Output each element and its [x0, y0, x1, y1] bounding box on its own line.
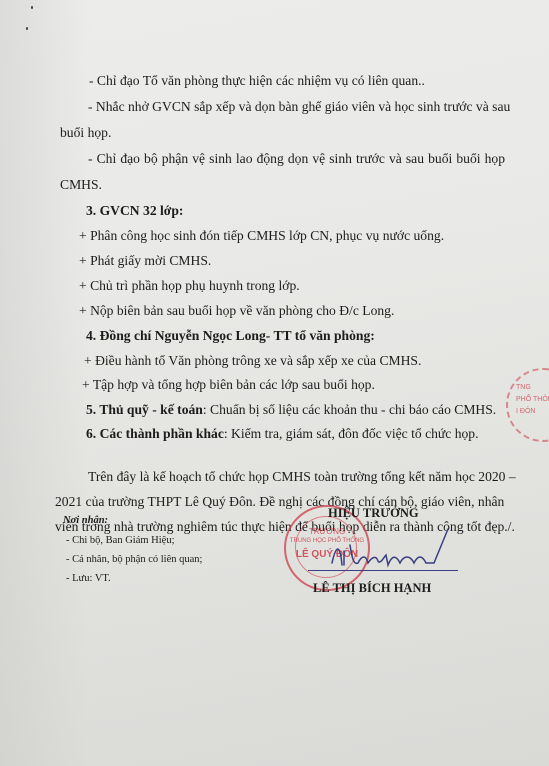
document-page: - Chỉ đạo Tổ văn phòng thực hiện các nhi… — [0, 0, 549, 766]
signature — [322, 525, 462, 575]
section3-item: + Nộp biên bản sau buổi họp về văn phòng… — [79, 303, 394, 319]
section4-item: + Tập hợp và tổng hợp biên bản các lớp s… — [82, 377, 375, 393]
speck — [31, 6, 33, 9]
intro-item-3-cont: CMHS. — [60, 177, 102, 193]
section6: 6. Các thành phần khác: Kiểm tra, giám s… — [86, 426, 479, 442]
section4-heading: 4. Đồng chí Nguyễn Ngọc Long- TT tổ văn … — [86, 328, 375, 344]
recipient-item: - Cá nhân, bộ phận có liên quan; — [66, 552, 202, 568]
section6-label: 6. Các thành phần khác — [86, 426, 224, 441]
speck — [26, 27, 28, 30]
section5: 5. Thủ quỹ - kế toán: Chuẩn bị số liệu c… — [86, 402, 496, 418]
section4-item: + Điều hành tổ Văn phòng trông xe và sắp… — [84, 353, 421, 369]
section3-item: + Phát giấy mời CMHS. — [79, 253, 211, 269]
closing-line-1: Trên đây là kế hoạch tổ chức họp CMHS to… — [88, 469, 516, 485]
signature-underline — [308, 570, 458, 571]
side-stamp: TNG PHỔ THÔNG I ĐÔN — [506, 368, 549, 442]
section3-item: + Phân công học sinh đón tiếp CMHS lớp C… — [79, 228, 444, 244]
paper-shadow — [0, 0, 90, 766]
section5-label: 5. Thủ quỹ - kế toán — [86, 402, 203, 417]
recipient-item: - Lưu: VT. — [66, 571, 111, 587]
section6-text: : Kiểm tra, giám sát, đôn đốc việc tổ ch… — [224, 426, 479, 441]
section3-heading: 3. GVCN 32 lớp: — [86, 203, 183, 219]
signer-name: LÊ THỊ BÍCH HẠNH — [313, 580, 431, 596]
recipient-item: - Chi bộ, Ban Giám Hiệu; — [66, 533, 175, 549]
signer-title: HIỆU TRƯỞNG — [328, 505, 419, 521]
intro-item-2-cont: buổi họp. — [60, 125, 111, 141]
section3-item: + Chủ trì phần họp phụ huynh trong lớp. — [79, 278, 300, 294]
intro-item-2: - Nhắc nhở GVCN sắp xếp và dọn bàn ghế g… — [88, 99, 505, 115]
recipients-title: Nơi nhận: — [63, 513, 108, 529]
closing-line-2: 2021 của trường THPT Lê Quý Đôn. Đề nghị… — [55, 494, 503, 510]
intro-item-3: - Chỉ đạo bộ phận vệ sinh lao động dọn v… — [88, 151, 505, 167]
intro-item-1: - Chỉ đạo Tổ văn phòng thực hiện các nhi… — [89, 73, 425, 89]
section5-text: : Chuẩn bị số liệu các khoản thu - chi b… — [203, 402, 496, 417]
